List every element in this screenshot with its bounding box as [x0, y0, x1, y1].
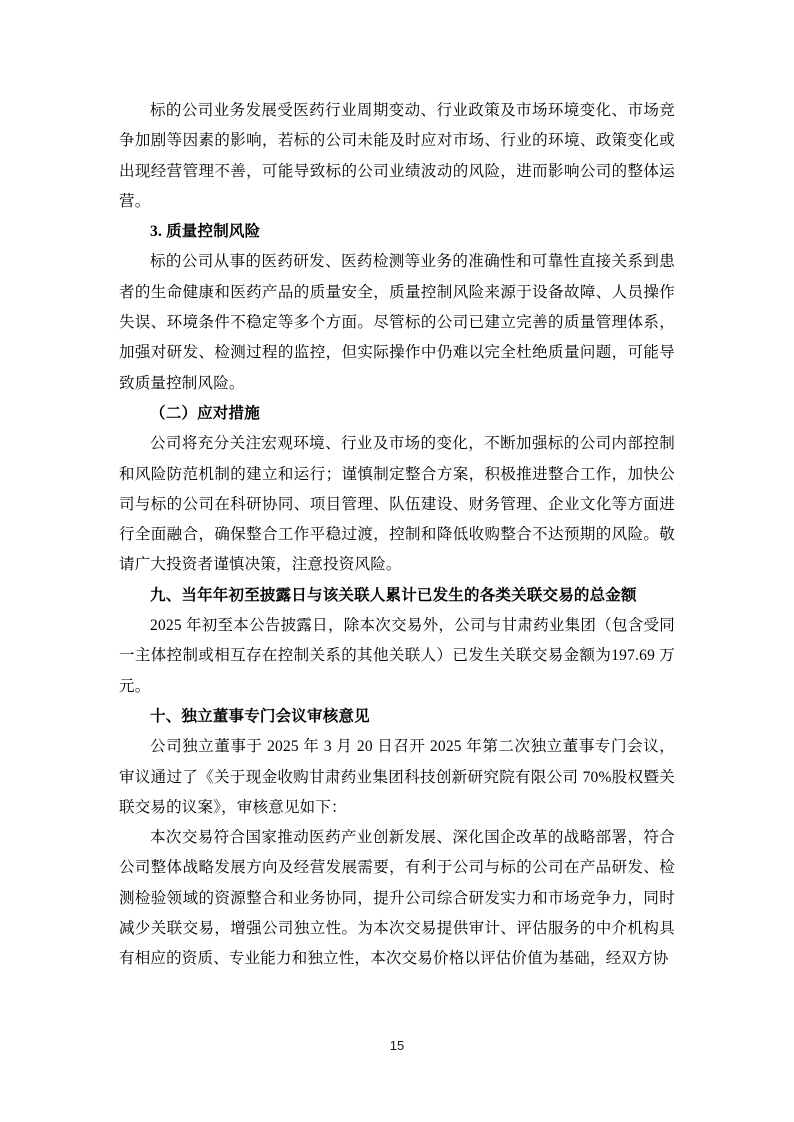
body-paragraph: 标的公司从事的医药研发、医药检测等业务的准确性和可靠性直接关系到患者的生命健康和… — [119, 247, 675, 398]
body-paragraph: 标的公司业务发展受医药行业周期变动、行业政策及市场环境变化、市场竞争加剧等因素的… — [119, 96, 675, 217]
page-number: 15 — [0, 1038, 794, 1053]
section-heading: 九、当年年初至披露日与该关联人累计已发生的各类关联交易的总金额 — [119, 581, 675, 611]
section-heading: 3. 质量控制风险 — [119, 217, 675, 247]
section-heading: 十、独立董事专门会议审核意见 — [119, 702, 675, 732]
body-paragraph: 公司将充分关注宏观环境、行业及市场的变化，不断加强标的公司内部控制和风险防范机制… — [119, 429, 675, 580]
section-heading: （二）应对措施 — [119, 399, 675, 429]
document-body: 标的公司业务发展受医药行业周期变动、行业政策及市场环境变化、市场竞争加剧等因素的… — [119, 96, 675, 975]
body-paragraph: 公司独立董事于 2025 年 3 月 20 日召开 2025 年第二次独立董事专… — [119, 732, 675, 823]
document-page: 标的公司业务发展受医药行业周期变动、行业政策及市场环境变化、市场竞争加剧等因素的… — [0, 0, 794, 1122]
body-paragraph: 2025 年初至本公告披露日，除本次交易外，公司与甘肃药业集团（包含受同一主体控… — [119, 611, 675, 702]
body-paragraph: 本次交易符合国家推动医药产业创新发展、深化国企改革的战略部署，符合公司整体战略发… — [119, 823, 675, 974]
